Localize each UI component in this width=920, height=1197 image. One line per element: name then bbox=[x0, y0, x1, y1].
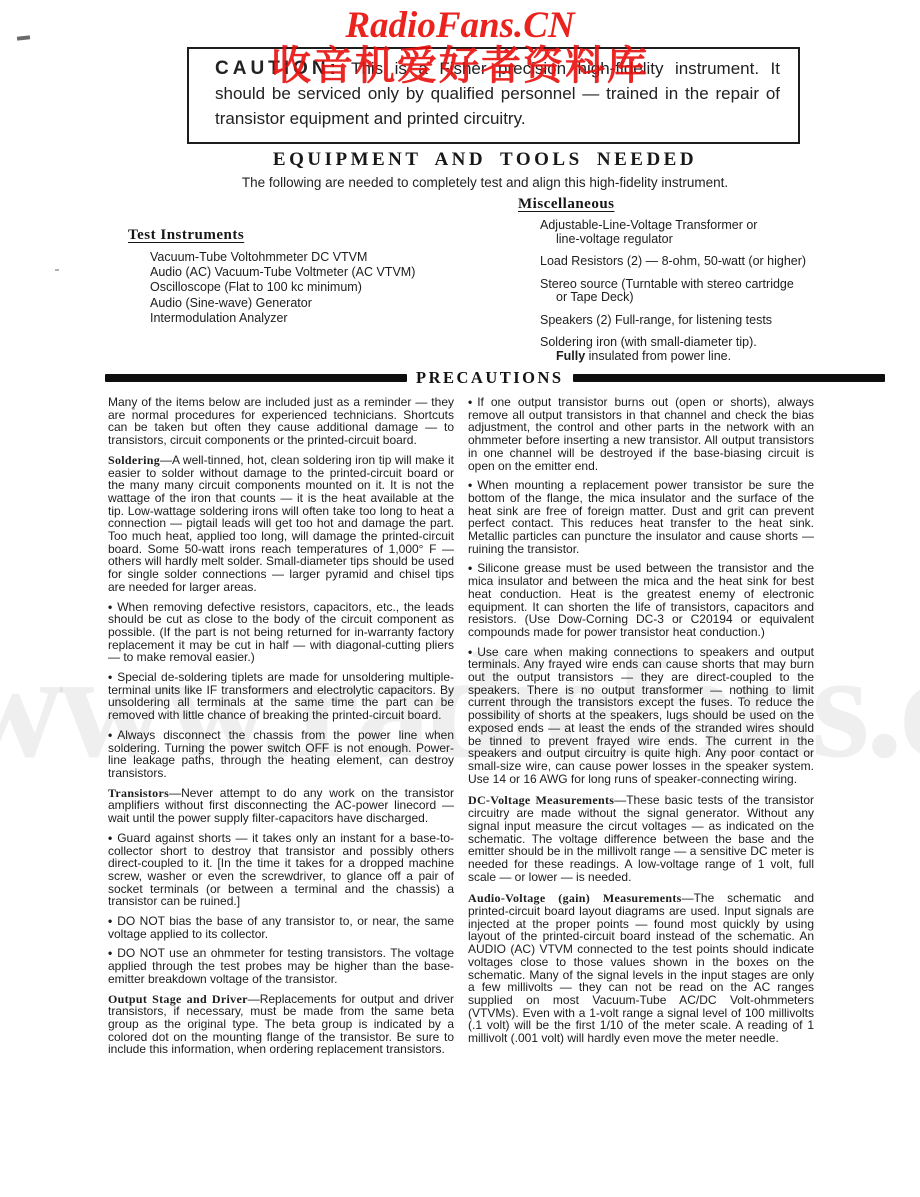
header-rule-left bbox=[105, 374, 407, 382]
list-item: Speakers (2) Full-range, for listening t… bbox=[540, 314, 870, 328]
paragraph: Many of the items below are included jus… bbox=[108, 396, 454, 447]
test-instruments-section: Test Instruments Vacuum-Tube Voltohmmete… bbox=[128, 227, 458, 326]
paragraph: •Silicone grease must be used between th… bbox=[468, 562, 814, 638]
paragraph: •Always disconnect the chassis from the … bbox=[108, 729, 454, 780]
paragraph: •Use care when making connections to spe… bbox=[468, 646, 814, 786]
paragraph: Transistors—Never attempt to do any work… bbox=[108, 787, 454, 825]
list-item: Intermodulation Analyzer bbox=[150, 311, 458, 326]
miscellaneous-heading: Miscellaneous bbox=[518, 196, 870, 213]
paragraph: •Guard against shorts — it takes only an… bbox=[108, 832, 454, 908]
precautions-title: PRECAUTIONS bbox=[416, 368, 564, 388]
list-item: Vacuum-Tube Voltohmmeter DC VTVM bbox=[150, 250, 458, 265]
scan-speck bbox=[55, 269, 59, 271]
test-instruments-heading: Test Instruments bbox=[128, 227, 458, 244]
equipment-subtitle: The following are needed to completely t… bbox=[40, 175, 920, 190]
list-item: Load Resistors (2) — 8-ohm, 50-watt (or … bbox=[540, 255, 870, 269]
paragraph: •When removing defective resistors, capa… bbox=[108, 601, 454, 665]
paragraph: Soldering—A well-tinned, hot, clean sold… bbox=[108, 454, 454, 594]
scan-speck bbox=[17, 35, 30, 40]
document-page: www.radiofans.cn RadioFans.CN 收音机爱好者资料库 … bbox=[0, 0, 920, 1197]
precautions-left-column: Many of the items below are included jus… bbox=[108, 396, 454, 1063]
list-item: Soldering iron (with small-diameter tip)… bbox=[540, 336, 870, 363]
red-watermark-site: RadioFans.CN bbox=[0, 6, 920, 46]
header-rule-right bbox=[573, 374, 885, 382]
precautions-right-column: •If one output transistor burns out (ope… bbox=[468, 396, 814, 1052]
caution-paragraph: CAUTION: This is a Fisher precision high… bbox=[215, 56, 780, 131]
scan-speck bbox=[132, 408, 135, 410]
paragraph: •When mounting a replacement power trans… bbox=[468, 479, 814, 555]
list-item: Oscilloscope (Flat to 100 kc minimum) bbox=[150, 280, 458, 295]
test-instruments-list: Vacuum-Tube Voltohmmeter DC VTVM Audio (… bbox=[128, 250, 458, 326]
paragraph: Output Stage and Driver—Replacements for… bbox=[108, 993, 454, 1057]
paragraph: DC-Voltage Measurements—These basic test… bbox=[468, 794, 814, 883]
paragraph: Audio-Voltage (gain) Measurements—The sc… bbox=[468, 892, 814, 1044]
paragraph: •DO NOT use an ohmmeter for testing tran… bbox=[108, 947, 454, 985]
precautions-header: PRECAUTIONS bbox=[105, 368, 885, 388]
paragraph: •DO NOT bias the base of any transistor … bbox=[108, 915, 454, 940]
list-item: Adjustable-Line-Voltage Transformer orli… bbox=[540, 219, 870, 246]
caution-label: CAUTION: bbox=[215, 58, 340, 79]
caution-box: CAUTION: This is a Fisher precision high… bbox=[187, 47, 800, 144]
miscellaneous-list: Adjustable-Line-Voltage Transformer orli… bbox=[518, 219, 870, 363]
paragraph: •If one output transistor burns out (ope… bbox=[468, 396, 814, 472]
section-title-equipment: EQUIPMENT AND TOOLS NEEDED bbox=[40, 149, 920, 171]
list-item: Audio (Sine-wave) Generator bbox=[150, 296, 458, 311]
list-item: Stereo source (Turntable with stereo car… bbox=[540, 278, 870, 305]
list-item: Audio (AC) Vacuum-Tube Voltmeter (AC VTV… bbox=[150, 265, 458, 280]
paragraph: •Special de-soldering tiplets are made f… bbox=[108, 671, 454, 722]
miscellaneous-section: Miscellaneous Adjustable-Line-Voltage Tr… bbox=[518, 196, 870, 372]
